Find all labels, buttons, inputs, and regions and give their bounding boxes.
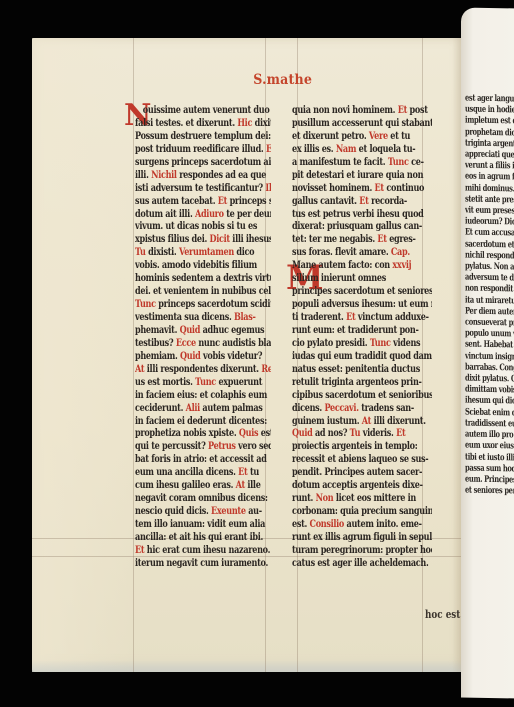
right-column-line: catus est ager ille acheldemach. (292, 557, 401, 570)
right-column-line: a manifestum te facit. Tunc ce- (292, 156, 401, 169)
left-column-line: falsi testes. et dixerunt. Hic dixit. (135, 117, 241, 130)
right-column-line: dotum acceptis argenteis dixe- (292, 479, 401, 492)
facing-page-line: sacerdotum et senioribus (465, 239, 507, 251)
right-column-line: retulit triginta argenteos prin- (292, 376, 401, 389)
left-column-line: Et hic erat cum ihesu nazareno. Et (135, 544, 241, 557)
left-column-line: vobis. amodo videbitis filium (135, 259, 241, 272)
facing-page-line: est ager langu (465, 94, 507, 106)
left-column-line: Tunc princeps sacerdotum scidit (135, 298, 241, 311)
left-column-line: phemavit. Quid adhuc egemus (135, 324, 241, 337)
right-column-line: ex illis es. Nam et loquela tu- (292, 143, 401, 156)
left-column-line: iterum negavit cum iuramento. (135, 557, 241, 570)
facing-page-line: et seniores persuaserunt populis ut (465, 486, 507, 498)
left-column-line: in faciem eius: et colaphis eum (135, 389, 241, 402)
facing-page-line: vit eum preses dicens. Tu es rex (465, 206, 507, 218)
facing-page-line: passa sum hodie per visum propter (465, 463, 507, 475)
right-column-line: et dixerunt petro. Vere et tu (292, 130, 401, 143)
left-text-column: ouissime autem venerunt duofalsi testes.… (135, 104, 271, 570)
right-column-line: silium inierunt omnes (292, 272, 401, 285)
left-column-line: post triduum reedificare illud. Et (135, 143, 241, 156)
left-column-line: Possum destruere templum dei: et (135, 130, 241, 143)
left-column-line: hominis sedentem a dextris virtutis (135, 272, 241, 285)
facing-page-line: vinctum insignem qui dicebatur (465, 351, 507, 363)
facing-page-line: impletum est quod dictum est per (465, 116, 507, 128)
facing-page-line: populo unum vinctum quem voluis- (465, 329, 507, 341)
facing-page-line: ihesum qui dicitur xpistus (465, 396, 507, 408)
facing-page-line: Sciebat enim quod per invidiam (465, 407, 507, 419)
facing-page-line: eum uxor eius dicens. Nichil (465, 441, 507, 453)
facing-page-line: usque in hodiernum diem. Tunc (465, 105, 507, 117)
facing-page-line: barrabas. Congregatis ergo illis (465, 362, 507, 374)
right-column-line: tus est petrus verbi ihesu quod (292, 208, 401, 221)
facing-page-line: ita ut miraretur preses vehementer. (465, 295, 507, 307)
left-column-line: tem illo ianuam: vidit eum alia (135, 518, 241, 531)
right-column-line: runt eum: et tradiderunt pon- (292, 324, 401, 337)
facing-page-line: dixit pylatus. Quem vultis (465, 374, 507, 386)
left-column-line: eum una ancilla dicens. Et tu (135, 466, 241, 479)
right-column-line: cio pylato presidi. Tunc videns (292, 337, 401, 350)
facing-page-text: est ager languusque in hodiernum diem. T… (465, 94, 514, 498)
facing-page-line: dimittam vobis: barrabam an (465, 385, 507, 397)
right-column-line: natus esset: penitentia ductus (292, 363, 401, 376)
right-column-line: pit detestari et iurare quia non (292, 169, 401, 182)
left-column-line: vivum. ut dicas nobis si tu es (135, 220, 241, 233)
right-column-line: iudas qui eum tradidit quod dam- (292, 350, 401, 363)
left-column-line: testibus? Ecce nunc audistis blas- (135, 337, 241, 350)
left-column-line: phemiam. Quid vobis videtur? (135, 350, 241, 363)
right-column-line: ti traderent. Et vinctum adduxe- (292, 311, 401, 324)
facing-page-line: stetit ante presidem: et interroga- (465, 194, 507, 206)
left-column-line: us est mortis. Tunc expuerunt (135, 376, 241, 389)
left-column-line: Tu dixisti. Verumtamen dico (135, 246, 241, 259)
left-column-line: dei. et venientem in nubibus celi. (135, 285, 241, 298)
facing-page-line: Per diem autem sollempnem (465, 306, 507, 318)
right-column-line: cipibus sacerdotum et senioribus (292, 389, 401, 402)
right-column-line: Quid ad nos? Tu videris. Et (292, 427, 401, 440)
facing-page-line: consueverat preses dimittere (465, 318, 507, 330)
left-column-line: in faciem ei dederunt dicentes: (135, 415, 241, 428)
facing-page-line: tibi et iusto illi. Multa enim (465, 452, 507, 464)
right-column-line: Mane autem facto: con xxvij (292, 259, 401, 272)
facing-page-line: mihi dominus. Ihesus autem (465, 183, 507, 195)
right-column-line: dixerat: priusquam gallus can- (292, 220, 401, 233)
left-column-line: negavit coram omnibus dicens: (135, 492, 241, 505)
left-column-line: qui te percussit? Petrus vero sede- (135, 440, 241, 453)
right-column-line: novisset hominem. Et continuo (292, 182, 401, 195)
facing-page-line: tradidissent eum. Sedente (465, 418, 507, 430)
facing-page-line: iudeorum? Dicit illi ihesus. Tu dicis. (465, 217, 507, 229)
left-column-line: bat foris in atrio: et accessit ad (135, 453, 241, 466)
facing-page-line: prophetam dicentem. Et acceperunt (465, 127, 507, 139)
right-text-column: quia non novi hominem. Et postpusillum a… (292, 104, 432, 570)
right-column-line: guinem iustum. At illi dixerunt. (292, 415, 401, 428)
left-column-line: sus autem tacebat. Et princeps sacer- (135, 195, 241, 208)
facing-page-line: pylatus. Non audis quanta (465, 262, 507, 274)
left-column-line: xpistus filius dei. Dicit illi ihesus. (135, 233, 241, 246)
ruling-line-left-margin (133, 38, 134, 672)
right-column-line: populi adversus ihesum: ut eum mor- (292, 298, 401, 311)
right-column-line: runt. Non licet eos mittere in (292, 492, 401, 505)
facing-page-line: autem illo pro tribunali: misit ad (465, 430, 507, 442)
left-column-line: cum ihesu galileo eras. At ille (135, 479, 241, 492)
facing-page-line: nichil respondit. Tunc dicit illi (465, 250, 507, 262)
left-column-line: nescio quid dicis. Exeunte au- (135, 505, 241, 518)
facing-page-line: Et cum accusaretur a principibus (465, 228, 507, 240)
right-column-line: runt ex illis agrum figuli in sepul- (292, 531, 401, 544)
left-column-line: ouissime autem venerunt duo (135, 104, 241, 117)
left-column-line: prophetiza nobis xpiste. Quis est (135, 427, 241, 440)
right-column-line: turam peregrinorum: propter hoc vo- (292, 544, 401, 557)
left-column-line: vestimenta sua dicens. Blas- (135, 311, 241, 324)
right-column-line: gallus cantavit. Et recorda- (292, 195, 401, 208)
right-column-line: sus foras. flevit amare. Cap. (292, 246, 401, 259)
right-column-line: recessit et abiens laqueo se sus- (292, 453, 401, 466)
facing-page-line: non respondit ei ad ullum verbum (465, 284, 507, 296)
right-column-line: tet: ter me negabis. Et egres- (292, 233, 401, 246)
left-column-line: ancilla: et ait his qui erant ibi. (135, 531, 241, 544)
facing-page-line: sent. Habebat autem tunc (465, 340, 507, 352)
facing-page-line: adversum te dicunt testimonia. Et (465, 273, 507, 285)
running-head: S.mathe (253, 72, 312, 88)
right-column-line: dicens. Peccavi. tradens san- (292, 402, 401, 415)
right-column-line: quia non novi hominem. Et post (292, 104, 401, 117)
left-column-line: ceciderunt. Alii autem palmas (135, 402, 241, 415)
right-column-line: pendit. Principes autem sacer- (292, 466, 401, 479)
facing-page-line: verunt a filiis israel: et dederunt (465, 161, 507, 173)
right-column-line: est. Consilio autem inito. eme- (292, 518, 401, 531)
facing-page-line: appreciati quem apprecia- (465, 150, 507, 162)
left-column-line: illi. Nichil respondes ad ea que (135, 169, 241, 182)
leaf-bottom-edge (32, 660, 466, 672)
left-column-line: dotum ait illi. Adiuro te per deum (135, 208, 241, 221)
right-column-line: principes sacerdotum et seniores (292, 285, 401, 298)
facing-page-line: eos in agrum figuli sicut constituit (465, 172, 507, 184)
leaf-shading (32, 38, 132, 672)
left-column-line: isti adversum te testificantur? Ihe- (135, 182, 241, 195)
right-column-line: corbonam: quia precium sanguinis (292, 505, 401, 518)
right-column-line: proiectis argenteis in templo: (292, 440, 401, 453)
facing-page-line: eum. Principes autem sacerdotum (465, 474, 507, 486)
facing-page: est ager languusque in hodiernum diem. T… (461, 7, 514, 698)
right-column-line: pusillum accesserunt qui stabant. (292, 117, 401, 130)
facing-page-line: triginta argenteos precium (465, 138, 507, 150)
left-column-line: At illi respondentes dixerunt. Re- (135, 363, 241, 376)
left-column-line: surgens princeps sacerdotum ait (135, 156, 241, 169)
